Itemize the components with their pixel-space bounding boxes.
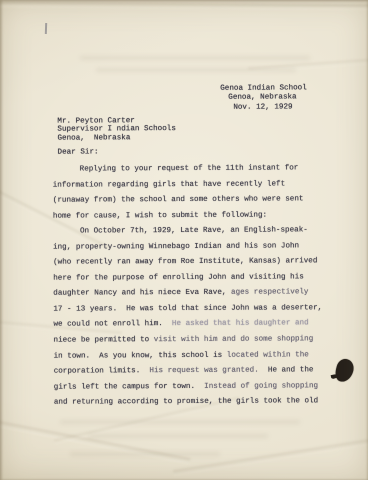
letter-line: girls left the campus for town. Instead … [54, 379, 340, 396]
letter-line: information regarding girls that have re… [53, 177, 339, 194]
letter-text-segment: information regarding girls that have re… [53, 180, 285, 189]
pencil-mark [45, 23, 47, 34]
recipient-address: Mr. Peyton CarterSupervisor I ndian Scho… [57, 117, 176, 143]
letter-line: in town. As you know, this school is loc… [54, 348, 340, 365]
letter-line: daughter Nancy and his niece Eva Rave, a… [53, 286, 339, 303]
letter-line: here for the purpose of enrolling John a… [53, 270, 339, 287]
letter-line: niece be permitted to visit with him and… [53, 332, 339, 349]
letter-text-segment: Instead of going shopping [204, 382, 318, 391]
letter-line: 17 - 13 years. He was told that since Jo… [53, 301, 339, 318]
letter-text-segment: girls left the campus for town. [54, 383, 204, 392]
letter-line: (runaway from) the school and some other… [53, 192, 339, 209]
letterhead: Genoa Indian SchoolGenoa, NebraskaNov. 1… [220, 84, 307, 113]
letter-line: corporation limits. His request was gran… [54, 363, 340, 380]
letter-line: (who recently ran away from Roe Institut… [53, 254, 339, 271]
letter-text-segment: daughter Nancy and his niece Eva Rave, [53, 289, 231, 298]
letter-text-segment: home for cause, I wish to submit the fol… [53, 211, 267, 220]
letter-text-segment: His request was granted. [149, 367, 258, 376]
letterhead-line: Genoa, Nebraska [220, 94, 307, 104]
letter-text-segment: ing, property-owning Winnebago Indian an… [53, 242, 299, 251]
letter-line: On October 7th, 1929, Late Rave, an Engl… [53, 223, 339, 240]
letter-line: Replying to your request of the 11th ins… [53, 161, 339, 178]
letter-text-segment: and returning according to promise, the … [54, 398, 318, 407]
letter-text-segment: corporation limits. [54, 367, 150, 376]
recipient-line: Genoa, Nebraska [57, 134, 176, 143]
letter-text-segment: here for the purpose of enrolling John a… [53, 273, 304, 282]
letter-text-segment: ages respectively [231, 289, 309, 297]
letter-text-segment: 17 - 13 years. He was told that since Jo… [53, 304, 322, 313]
letter-text-segment: (runaway from) the school and some other… [53, 195, 304, 204]
letterhead-line: Nov. 12, 1929 [220, 103, 307, 113]
letter-page: Genoa Indian SchoolGenoa, NebraskaNov. 1… [0, 0, 368, 480]
letter-text-segment: visit with him and do some shopping [154, 335, 314, 344]
letter-line: and returning according to promise, the … [54, 394, 340, 411]
letter-text-segment: On October 7th, 1929, Late Rave, an Engl… [80, 227, 308, 236]
letter-text-segment: located within the [227, 351, 309, 359]
letter-text-segment: Replying to your request of the 11th ins… [80, 164, 299, 173]
letter-line: we could not enroll him. He asked that h… [53, 317, 339, 334]
letter-text-segment: (who recently ran away from Roe Institut… [53, 258, 317, 267]
letter-body: Replying to your request of the 11th ins… [53, 161, 340, 411]
salutation: Dear Sir: [58, 148, 99, 157]
letter-text-segment: niece be permitted to [54, 336, 154, 345]
letter-text-segment: we could not enroll him. [53, 321, 172, 330]
letter-text-segment: He and the [259, 366, 314, 374]
letter-text-segment: in town. As you know, this school is [54, 351, 227, 360]
letter-text-segment: He asked that his daughter and [172, 320, 309, 329]
typed-text-layer: Genoa Indian SchoolGenoa, NebraskaNov. 1… [0, 0, 368, 480]
letter-line: home for cause, I wish to submit the fol… [53, 208, 339, 225]
letter-line: ing, property-owning Winnebago Indian an… [53, 239, 339, 256]
recipient-line: Supervisor I ndian Schools [57, 125, 176, 134]
